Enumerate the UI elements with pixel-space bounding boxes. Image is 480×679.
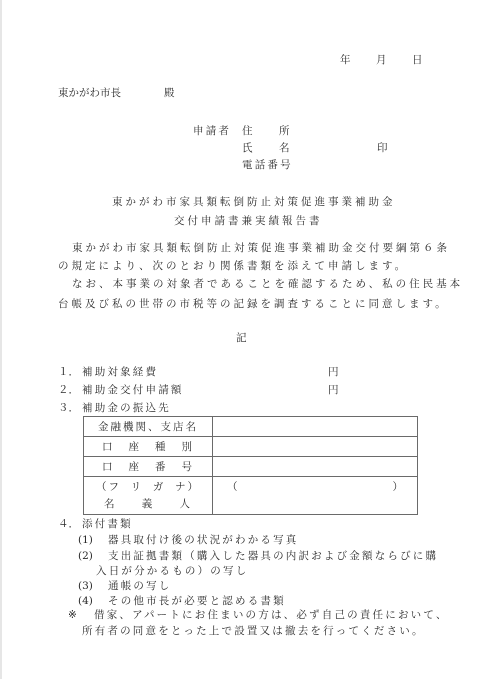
title-line-2: 交付申請書兼実績報告書 bbox=[174, 215, 323, 228]
attachment-3-num: (3) bbox=[78, 580, 93, 593]
label-char: 人 bbox=[180, 496, 193, 513]
account-number-field[interactable] bbox=[213, 457, 418, 477]
label-char: ナ） bbox=[175, 479, 200, 496]
label-char: （フ bbox=[96, 479, 121, 496]
account-number-label: 口 座 番 号 bbox=[84, 457, 213, 477]
item-3-label: 補助金の振込先 bbox=[82, 402, 171, 415]
attachment-3-text: 通帳の写し bbox=[108, 580, 172, 593]
item-1-label: 補助対象経費 bbox=[82, 366, 158, 379]
item-1-unit: 円 bbox=[328, 366, 339, 379]
table-row: 口 座 種 別 bbox=[84, 437, 418, 457]
note-mark: ※ bbox=[68, 609, 77, 622]
body-para2-line1: なお、本事業の対象者であることを確認するため、私の住民基本 bbox=[72, 278, 463, 291]
item-3-num: ３． bbox=[58, 402, 79, 415]
label-char: 座 bbox=[129, 459, 142, 474]
item-2-num: ２． bbox=[58, 384, 79, 397]
name-label-2: 名 bbox=[279, 142, 290, 155]
note-line-1: 借家、アパートにお住まいの方は、必ず自己の責任において、 bbox=[94, 609, 449, 622]
page-edge bbox=[0, 0, 2, 679]
table-row: （フ リ ガ ナ） 名 義 人 （ ） bbox=[84, 477, 418, 515]
bank-name-label: 金融機関、支店名 bbox=[84, 417, 213, 437]
account-type-label: 口 座 種 別 bbox=[84, 437, 213, 457]
attachment-4-num: (4) bbox=[78, 595, 93, 608]
account-type-field[interactable] bbox=[213, 437, 418, 457]
item-4-num: ４． bbox=[58, 518, 79, 531]
addressee-honorific: 殿 bbox=[164, 87, 175, 100]
label-char: 種 bbox=[155, 439, 168, 454]
label-char: 座 bbox=[129, 439, 142, 454]
attachment-2-num: (2) bbox=[78, 550, 93, 563]
table-row: 口 座 番 号 bbox=[84, 457, 418, 477]
title-line-1: 東かがわ市家具類転倒防止対策促進事業補助金 bbox=[112, 196, 396, 209]
item-2-label: 補助金交付申請額 bbox=[82, 384, 184, 397]
account-holder-label: （フ リ ガ ナ） 名 義 人 bbox=[84, 477, 213, 515]
attachment-1-text: 器具取付け後の状況がわかる写真 bbox=[108, 534, 299, 547]
body-para1-line2: の規定により、次のとおり関係書類を添えて申請します。 bbox=[58, 260, 408, 273]
attachment-1-num: (1) bbox=[78, 534, 93, 547]
attachment-2-text: 支出証拠書類（購入した器具の内訳および金額ならびに購 bbox=[108, 550, 438, 563]
label-char: 口 bbox=[102, 439, 115, 454]
seal-mark: 印 bbox=[377, 142, 388, 155]
phone-label: 電話番号 bbox=[242, 159, 293, 172]
item-1-num: １． bbox=[58, 366, 79, 379]
body-para2-line2: 台帳及び私の世帯の市税等の記録を調査することに同意します。 bbox=[58, 298, 449, 311]
ki-heading: 記 bbox=[236, 332, 247, 345]
address-label-2: 所 bbox=[279, 125, 290, 138]
table-row: 金融機関、支店名 bbox=[84, 417, 418, 437]
label-char: 別 bbox=[182, 439, 195, 454]
furigana-open-paren: （ bbox=[227, 481, 238, 494]
bank-name-field[interactable] bbox=[213, 417, 418, 437]
date-year-label: 年 bbox=[340, 54, 351, 67]
label-char: 口 bbox=[102, 459, 115, 474]
label-char: 義 bbox=[142, 496, 155, 513]
date-month-label: 月 bbox=[376, 54, 387, 67]
label-char: 名 bbox=[104, 496, 117, 513]
label-char: 番 bbox=[155, 459, 168, 474]
addressee-name: 東かがわ市長 bbox=[58, 87, 121, 100]
address-label-1: 住 bbox=[242, 125, 253, 138]
attachment-2-text-cont: 入日が分かるもの）の写し bbox=[96, 565, 248, 578]
body-para1-line1: 東かがわ市家具類転倒防止対策促進事業補助金交付要綱第６条 bbox=[72, 242, 450, 255]
date-day-label: 日 bbox=[412, 54, 423, 67]
item-4-label: 添付書類 bbox=[82, 518, 133, 531]
label-char: 号 bbox=[182, 459, 195, 474]
applicant-label: 申請者 bbox=[193, 125, 231, 138]
bank-account-table: 金融機関、支店名 口 座 種 別 口 座 番 号 （フ bbox=[83, 416, 418, 515]
furigana-close-paren: ） bbox=[393, 481, 404, 494]
name-label-1: 氏 bbox=[242, 142, 253, 155]
account-holder-field[interactable]: （ ） bbox=[213, 477, 418, 515]
note-line-2: 所有者の同意をとった上で設置又は撤去を行ってください。 bbox=[82, 625, 425, 638]
item-2-unit: 円 bbox=[328, 384, 339, 397]
attachment-4-text: その他市長が必要と認める書類 bbox=[108, 595, 286, 608]
label-char: リ bbox=[131, 479, 144, 496]
label-char: ガ bbox=[153, 479, 166, 496]
